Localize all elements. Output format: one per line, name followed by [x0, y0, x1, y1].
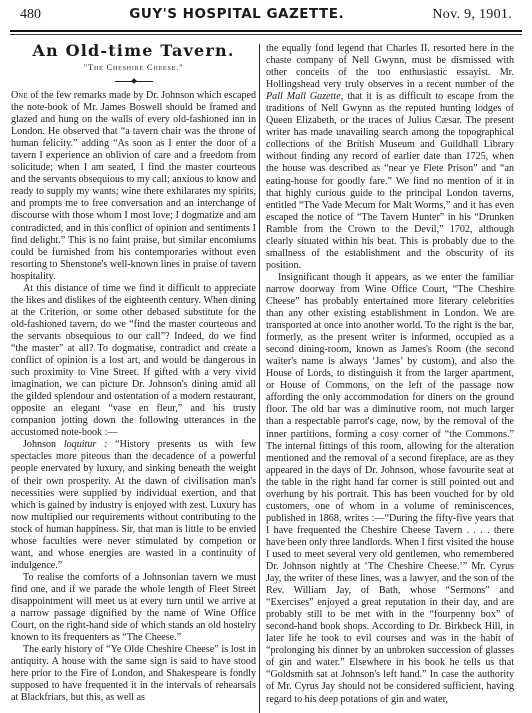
page-number: 480 [20, 7, 41, 23]
column-divider [259, 44, 260, 713]
left-column: An Old-time Tavern. "The Cheshire Cheese… [11, 40, 256, 713]
paragraph-text: , that it is as difficult to escape from… [266, 91, 514, 271]
article-heading: An Old-time Tavern. "The Cheshire Cheese… [11, 41, 256, 84]
paragraph: Johnson loquitur : “History presents us … [11, 439, 256, 572]
paragraph: the equally fond legend that Charles II.… [266, 43, 514, 272]
journal-title: GUY'S HOSPITAL GAZETTE. [129, 6, 344, 22]
article-title: An Old-time Tavern. [11, 41, 256, 61]
newspaper-page: 480 GUY'S HOSPITAL GAZETTE. Nov. 9, 1901… [0, 0, 532, 713]
header-rule-thick [10, 30, 522, 32]
speaker: Johnson [23, 439, 64, 450]
paragraph: Insignificant though it appears, as we e… [266, 272, 514, 706]
italic-term: loquitur : [64, 439, 108, 450]
paragraph: The early history of “Ye Olde Cheshire C… [11, 644, 256, 704]
issue-date: Nov. 9, 1901. [432, 7, 512, 23]
paragraph-text: of the few remarks made by Dr. Johnson w… [11, 90, 256, 282]
right-column: the equally fond legend that Charles II.… [266, 43, 514, 713]
paragraph-text: the equally fond legend that Charles II.… [266, 43, 514, 90]
paragraph: To realise the comforts of a Johnsonian … [11, 572, 256, 644]
drop-word: One [11, 90, 28, 101]
header-rule-thin [10, 34, 522, 35]
article-subtitle: "The Cheshire Cheese." [11, 61, 256, 73]
running-head: 480 GUY'S HOSPITAL GAZETTE. Nov. 9, 1901… [20, 6, 512, 26]
paragraph: At this distance of time we find it diff… [11, 283, 256, 440]
italic-publication: Pall Mall Gazette [266, 91, 341, 102]
paragraph-text: “History presents us with few spectacles… [11, 439, 256, 570]
paragraph: One of the few remarks made by Dr. Johns… [11, 90, 256, 283]
ornament-rule-icon [115, 79, 153, 84]
